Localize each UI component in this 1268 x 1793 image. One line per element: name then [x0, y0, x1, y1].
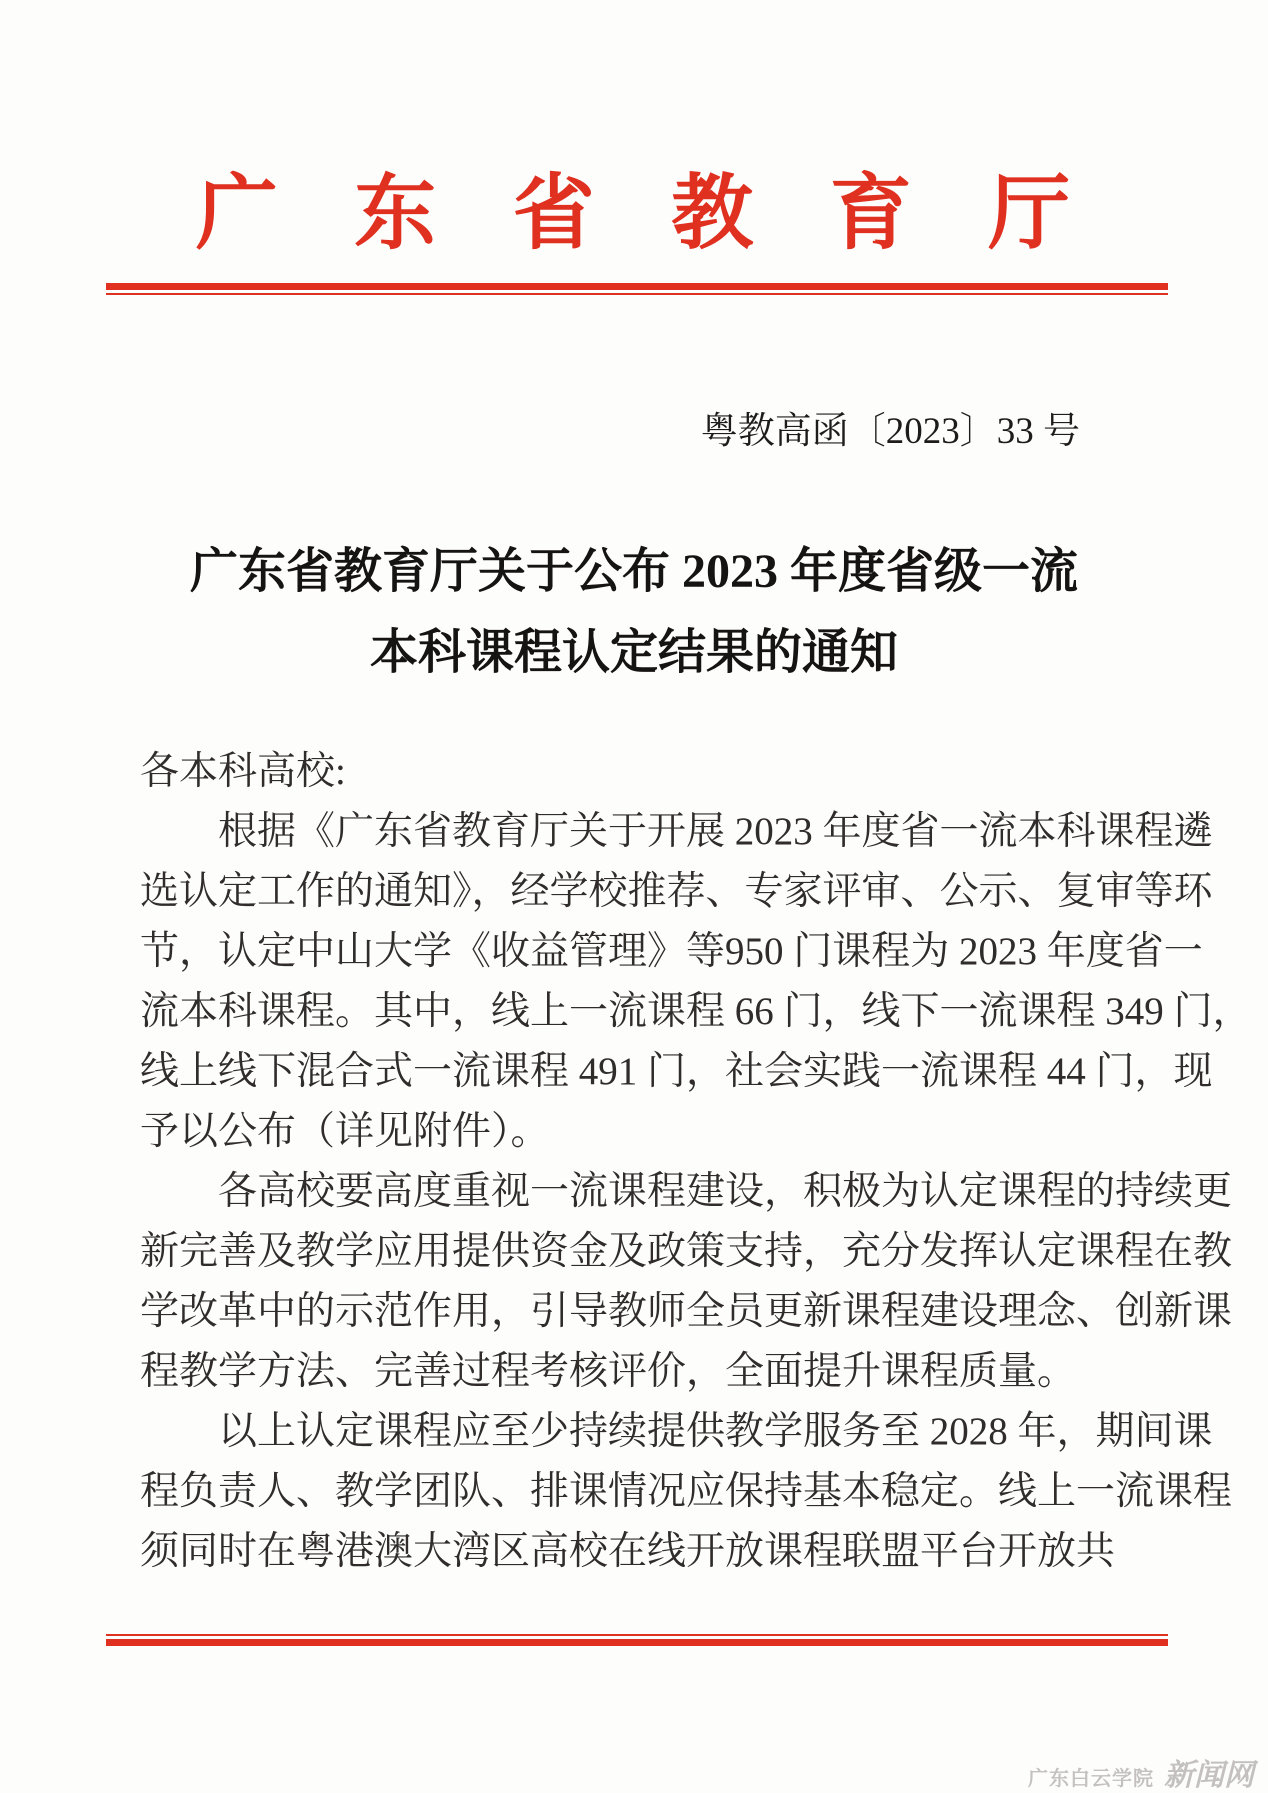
- body-line: 以上认定课程应至少持续提供教学服务至 2028 年，期间课: [140, 1402, 1070, 1462]
- body-line: 线上线下混合式一流课程 491 门，社会实践一流课程 44 门，现: [140, 1042, 1070, 1102]
- body-line: 须同时在粤港澳大湾区高校在线开放课程联盟平台开放共: [140, 1522, 1070, 1582]
- document-title-line1: 广东省教育厅关于公布 2023 年度省级一流: [70, 531, 1198, 612]
- document-title-line2: 本科课程认定结果的通知: [70, 612, 1198, 693]
- body-line: 程教学方法、完善过程考核评价，全面提升课程质量。: [140, 1342, 1070, 1402]
- letterhead-agency-name: 广 东 省 教 育 厅: [0, 148, 1268, 265]
- footer-divider: [106, 1634, 1168, 1646]
- body-line: 流本科课程。其中，线上一流课程 66 门，线下一流课程 349 门，: [140, 982, 1070, 1042]
- body-line: 节，认定中山大学《收益管理》等950 门课程为 2023 年度省一: [140, 922, 1070, 982]
- divider-thin-bar: [106, 293, 1168, 295]
- body-line: 选认定工作的通知》，经学校推荐、专家评审、公示、复审等环: [140, 862, 1070, 922]
- letterhead-divider: [106, 283, 1168, 295]
- divider-thick-bar: [106, 1639, 1168, 1646]
- body-line: 程负责人、教学团队、排课情况应保持基本稳定。线上一流课程: [140, 1462, 1070, 1522]
- body-line: 新完善及教学应用提供资金及政策支持，充分发挥认定课程在教: [140, 1222, 1070, 1282]
- body-line: 各高校要高度重视一流课程建设，积极为认定课程的持续更: [140, 1162, 1070, 1222]
- body-line: 予以公布（详见附件）。: [140, 1102, 1070, 1162]
- watermark-site-name: 广东白云学院: [1028, 1762, 1154, 1791]
- divider-thick-bar: [106, 283, 1168, 290]
- body-line: 根据《广东省教育厅关于开展 2023 年度省一流本科课程遴: [140, 802, 1070, 862]
- watermark-section-name: 新闻网: [1164, 1750, 1254, 1793]
- watermark: 广东白云学院 新闻网: [1028, 1750, 1254, 1793]
- document-title: 广东省教育厅关于公布 2023 年度省级一流 本科课程认定结果的通知: [70, 531, 1198, 693]
- document-number: 粤教高函〔2023〕33 号: [701, 400, 1080, 454]
- document-page: 广 东 省 教 育 厅 粤教高函〔2023〕33 号 广东省教育厅关于公布 20…: [0, 0, 1268, 1793]
- document-body: 各本科高校: 根据《广东省教育厅关于开展 2023 年度省一流本科课程遴 选认定…: [140, 742, 1070, 1582]
- salutation: 各本科高校:: [140, 742, 1070, 802]
- body-line: 学改革中的示范作用，引导教师全员更新课程建设理念、创新课: [140, 1282, 1070, 1342]
